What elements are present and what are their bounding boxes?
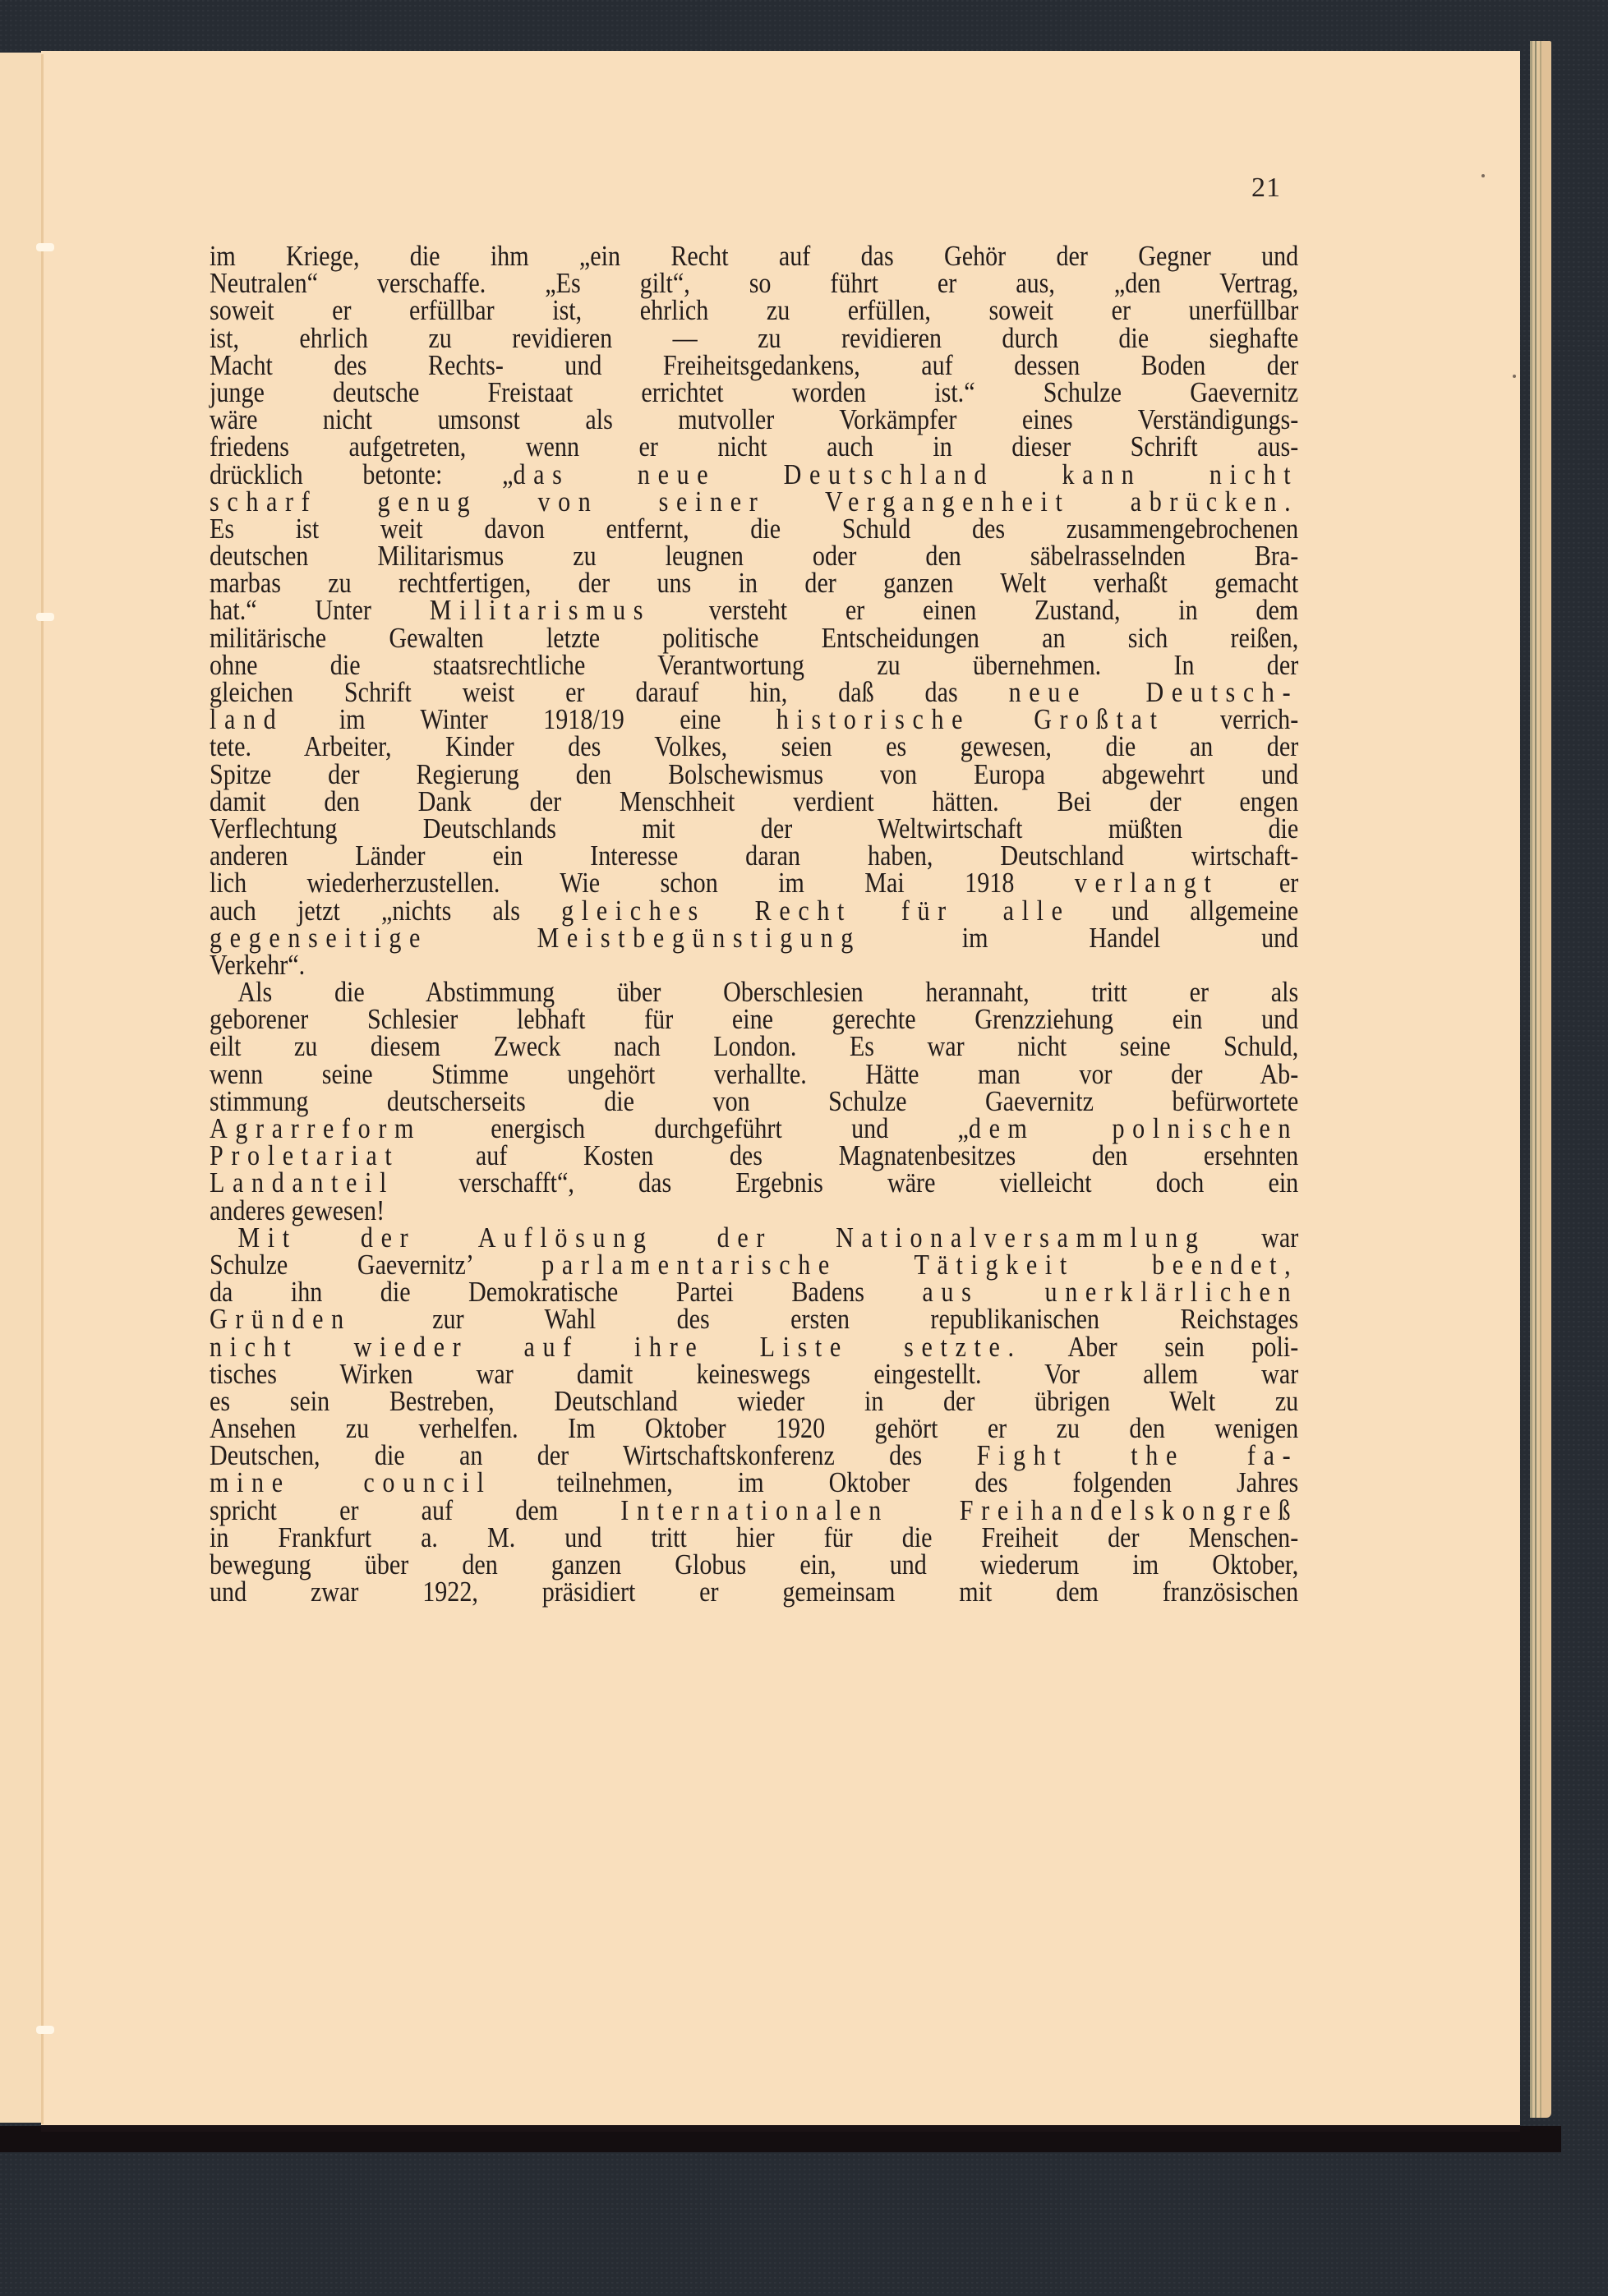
- text-line: gleichen Schrift weist er darauf hin, da…: [210, 679, 1298, 706]
- text-line: Proletariat auf Kosten des Magnatenbesit…: [210, 1142, 1298, 1169]
- gutter-fold: [41, 54, 44, 2124]
- text-line: friedens aufgetreten, wenn er nicht auch…: [210, 433, 1298, 460]
- facing-page-edge: [0, 53, 43, 2123]
- text-line: Als die Abstimmung über Oberschlesien he…: [210, 978, 1298, 1005]
- text-line: auch jetzt „nichts als gleiches Recht fü…: [210, 897, 1298, 924]
- text-line: Verflechtung Deutschlands mit der Weltwi…: [210, 815, 1298, 842]
- text-line: wenn seine Stimme ungehört verhallte. Hä…: [210, 1061, 1298, 1088]
- text-line: spricht er auf dem Internationalen Freih…: [210, 1497, 1298, 1524]
- text-line: geborener Schlesier lebhaft für eine ger…: [210, 1005, 1298, 1033]
- text-line: Es ist weit davon entfernt, die Schuld d…: [210, 515, 1298, 542]
- text-line: militärische Gewalten letzte politische …: [210, 624, 1298, 651]
- paper-speck: [1481, 174, 1485, 177]
- page-stack-edge: [1530, 41, 1551, 2118]
- text-line: ohne die staatsrechtliche Verantwortung …: [210, 651, 1298, 679]
- text-line: land im Winter 1918/19 eine historische …: [210, 706, 1298, 733]
- emphasized-text: gegenseitige Meistbegünstigung: [210, 922, 861, 954]
- text-line: deutschen Militarismus zu leugnen oder d…: [210, 542, 1298, 569]
- text-line: nicht wieder auf ihre Liste setzte. Aber…: [210, 1333, 1298, 1360]
- text-line: Verkehr“.: [210, 951, 1298, 978]
- text-line: tete. Arbeiter, Kinder des Volkes, seien…: [210, 733, 1298, 760]
- text-line: und zwar 1922, präsidiert er gemeinsam m…: [210, 1578, 1298, 1605]
- text-segment: im Handel und: [861, 922, 1298, 954]
- text-line: Gründen zur Wahl des ersten republikanis…: [210, 1305, 1298, 1332]
- text-line: anderes gewesen!: [210, 1197, 1298, 1224]
- text-line: soweit er erfüllbar ist, ehrlich zu erfü…: [210, 297, 1298, 324]
- text-line: marbas zu rechtfertigen, der uns in der …: [210, 569, 1298, 596]
- text-segment: und zwar 1922, präsidiert er gemeinsam m…: [210, 1576, 1298, 1608]
- text-line: Ansehen zu verhelfen. Im Oktober 1920 ge…: [210, 1415, 1298, 1442]
- text-line: eilt zu diesem Zweck nach London. Es war…: [210, 1033, 1298, 1060]
- text-line: im Kriege, die ihm „ein Recht auf das Ge…: [210, 242, 1298, 269]
- text-line: gegenseitige Meistbegünstigung im Handel…: [210, 924, 1298, 951]
- body-text: im Kriege, die ihm „ein Recht auf das Ge…: [210, 242, 1298, 1605]
- text-line: mine council teilnehmen, im Oktober des …: [210, 1469, 1298, 1496]
- text-line: Schulze Gaevernitz’ parlamentarische Tät…: [210, 1251, 1298, 1278]
- text-line: lich wiederherzustellen. Wie schon im Ma…: [210, 869, 1298, 896]
- text-line: es sein Bestreben, Deutschland wieder in…: [210, 1387, 1298, 1415]
- text-line: junge deutsche Freistaat errichtet worde…: [210, 379, 1298, 406]
- text-line: hat.“ Unter Militarismus versteht er ein…: [210, 596, 1298, 623]
- text-line: Mit der Auflösung der Nationalversammlun…: [210, 1224, 1298, 1251]
- text-line: Landanteil verschafft“, das Ergebnis wär…: [210, 1169, 1298, 1196]
- text-line: Macht des Rechts- und Freiheitsgedankens…: [210, 352, 1298, 379]
- binding-thread-mark: [36, 2026, 54, 2034]
- text-line: damit den Dank der Menschheit verdient h…: [210, 788, 1298, 815]
- text-line: bewegung über den ganzen Globus ein, und…: [210, 1551, 1298, 1578]
- binding-thread-mark: [36, 613, 54, 621]
- text-line: ist, ehrlich zu revidieren — zu revidier…: [210, 324, 1298, 352]
- book-cover-edge: [0, 2126, 1561, 2152]
- binding-thread-mark: [36, 243, 54, 251]
- text-line: da ihn die Demokratische Partei Badens a…: [210, 1278, 1298, 1305]
- text-line: anderen Länder ein Interesse daran haben…: [210, 842, 1298, 869]
- text-line: tisches Wirken war damit keineswegs eing…: [210, 1360, 1298, 1387]
- paper-speck: [1513, 375, 1516, 378]
- text-line: wäre nicht umsonst als mutvoller Vorkämp…: [210, 406, 1298, 433]
- text-line: in Frankfurt a. M. und tritt hier für di…: [210, 1524, 1298, 1551]
- page-number: 21: [1251, 173, 1281, 204]
- text-line: drücklich betonte: „das neue Deutschland…: [210, 461, 1298, 488]
- text-line: Spitze der Regierung den Bolschewismus v…: [210, 761, 1298, 788]
- text-line: Neutralen“ verschaffe. „Es gilt“, so füh…: [210, 269, 1298, 297]
- text-line: Deutschen, die an der Wirtschaftskonfere…: [210, 1442, 1298, 1469]
- text-line: stimmung deutscherseits die von Schulze …: [210, 1088, 1298, 1115]
- text-line: Agrarreform energisch durchgeführt und „…: [210, 1115, 1298, 1142]
- text-segment: verschafft“, das Ergebnis wäre vielleich…: [394, 1166, 1298, 1199]
- text-line: scharf genug von seiner Vergangenheit ab…: [210, 488, 1298, 515]
